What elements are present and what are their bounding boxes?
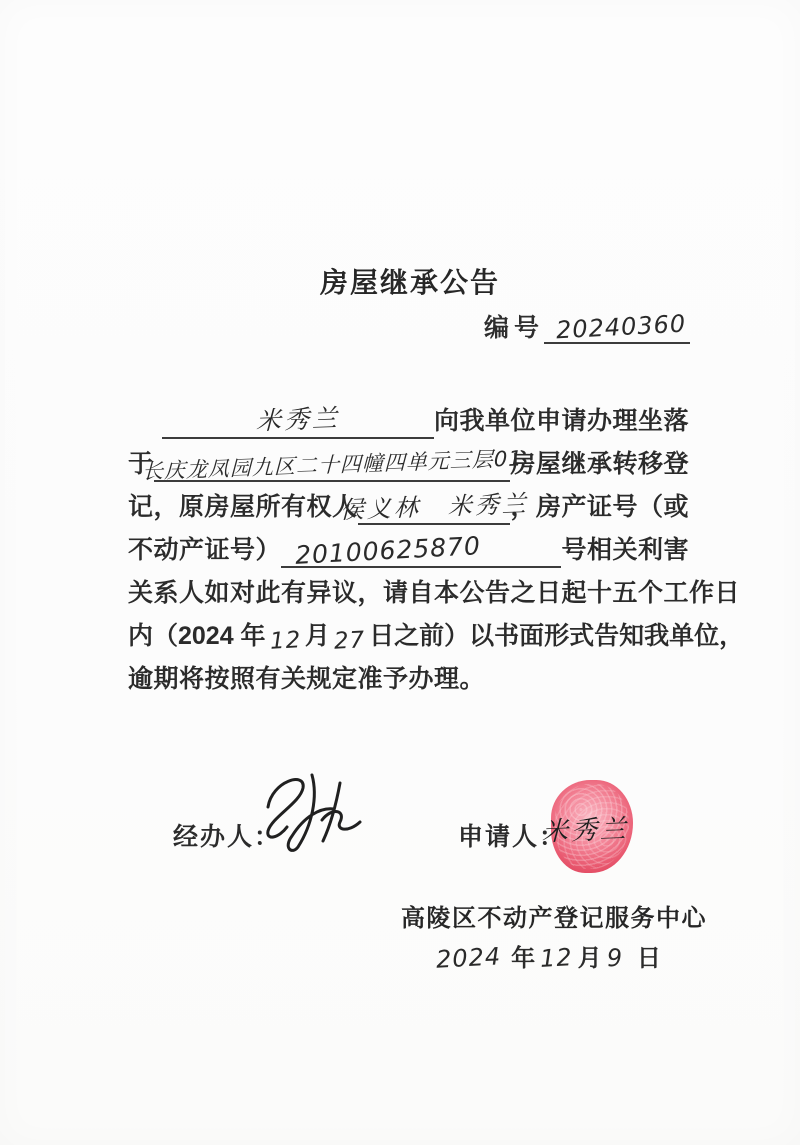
date-day-handwritten: 9	[606, 944, 624, 973]
line3-suffix: ，房产证号（或	[510, 487, 689, 525]
handler-signature-scribble	[252, 763, 382, 861]
line4-suffix: 号相关利害	[561, 530, 689, 568]
line6-after: 日之前）以书面形式告知我单位，	[369, 616, 744, 654]
cert-number-blank: 20100625870	[281, 525, 561, 568]
date-line: 2024 年 12 月 9 日	[436, 938, 661, 973]
line1-text: 向我单位申请办理坐落	[434, 401, 689, 439]
body-line-5: 关系人如对此有异议，请自本公告之日起十五个工作日	[128, 568, 689, 611]
applicant-name-blank: 米秀兰	[162, 396, 434, 439]
applicant-name-handwritten: 米秀兰	[256, 399, 341, 438]
line5-text: 关系人如对此有异议，请自本公告之日起十五个工作日	[128, 573, 740, 611]
line6-before: 内（2024 年	[128, 616, 266, 654]
body-line-6: 内（2024 年 12 月 27 日之前）以书面形式告知我单位，	[128, 611, 689, 654]
doc-number-blank: 20240360	[544, 308, 690, 344]
line7-text: 逾期将按照有关规定准予办理。	[128, 659, 485, 697]
owners-blank: 侯义林 米秀兰	[358, 482, 511, 525]
year-label: 年	[511, 938, 535, 973]
address-handwritten: 长庆龙凤园九区二十四幢四单元三层01	[141, 442, 522, 485]
date-month-handwritten: 12	[539, 943, 573, 973]
deadline-day-handwritten: 27	[333, 627, 366, 655]
cert-number-handwritten: 20100625870	[294, 531, 481, 570]
body-line-3: 记，原房屋所有权人 侯义林 米秀兰 ，房产证号（或	[128, 482, 689, 525]
announcement-document: 房屋继承公告 编号 20240360 米秀兰 向我单位申请办理坐落 于 长庆龙凤…	[0, 0, 800, 1145]
line3-prefix: 记，原房屋所有权人	[128, 487, 358, 525]
body-paragraph: 米秀兰 向我单位申请办理坐落 于 长庆龙凤园九区二十四幢四单元三层01 房屋继承…	[128, 396, 689, 697]
address-blank: 长庆龙凤园九区二十四幢四单元三层01	[154, 439, 511, 482]
month-label: 月	[578, 938, 602, 973]
doc-number-row: 编号 20240360	[484, 308, 690, 344]
body-line-2: 于 长庆龙凤园九区二十四幢四单元三层01 房屋继承转移登	[128, 439, 689, 482]
applicant-signed-name: 米秀兰	[542, 808, 630, 848]
line6-mid: 月	[305, 616, 330, 654]
body-line-1: 米秀兰 向我单位申请办理坐落	[128, 396, 689, 439]
doc-number-label: 编号	[484, 308, 544, 344]
body-line-7: 逾期将按照有关规定准予办理。	[128, 654, 689, 697]
document-title: 房屋继承公告	[0, 261, 800, 301]
doc-number-value-handwritten: 20240360	[555, 310, 686, 345]
owners-handwritten: 侯义林 米秀兰	[339, 484, 528, 526]
day-label: 日	[637, 938, 661, 973]
organization-name: 高陵区不动产登记服务中心	[401, 898, 707, 933]
deadline-month-handwritten: 12	[269, 627, 302, 655]
line2-suffix: 房屋继承转移登	[510, 444, 689, 482]
body-line-4: 不动产证号） 20100625870 号相关利害	[128, 525, 689, 568]
line4-prefix: 不动产证号）	[128, 530, 281, 568]
date-year-handwritten: 2024	[435, 942, 501, 973]
